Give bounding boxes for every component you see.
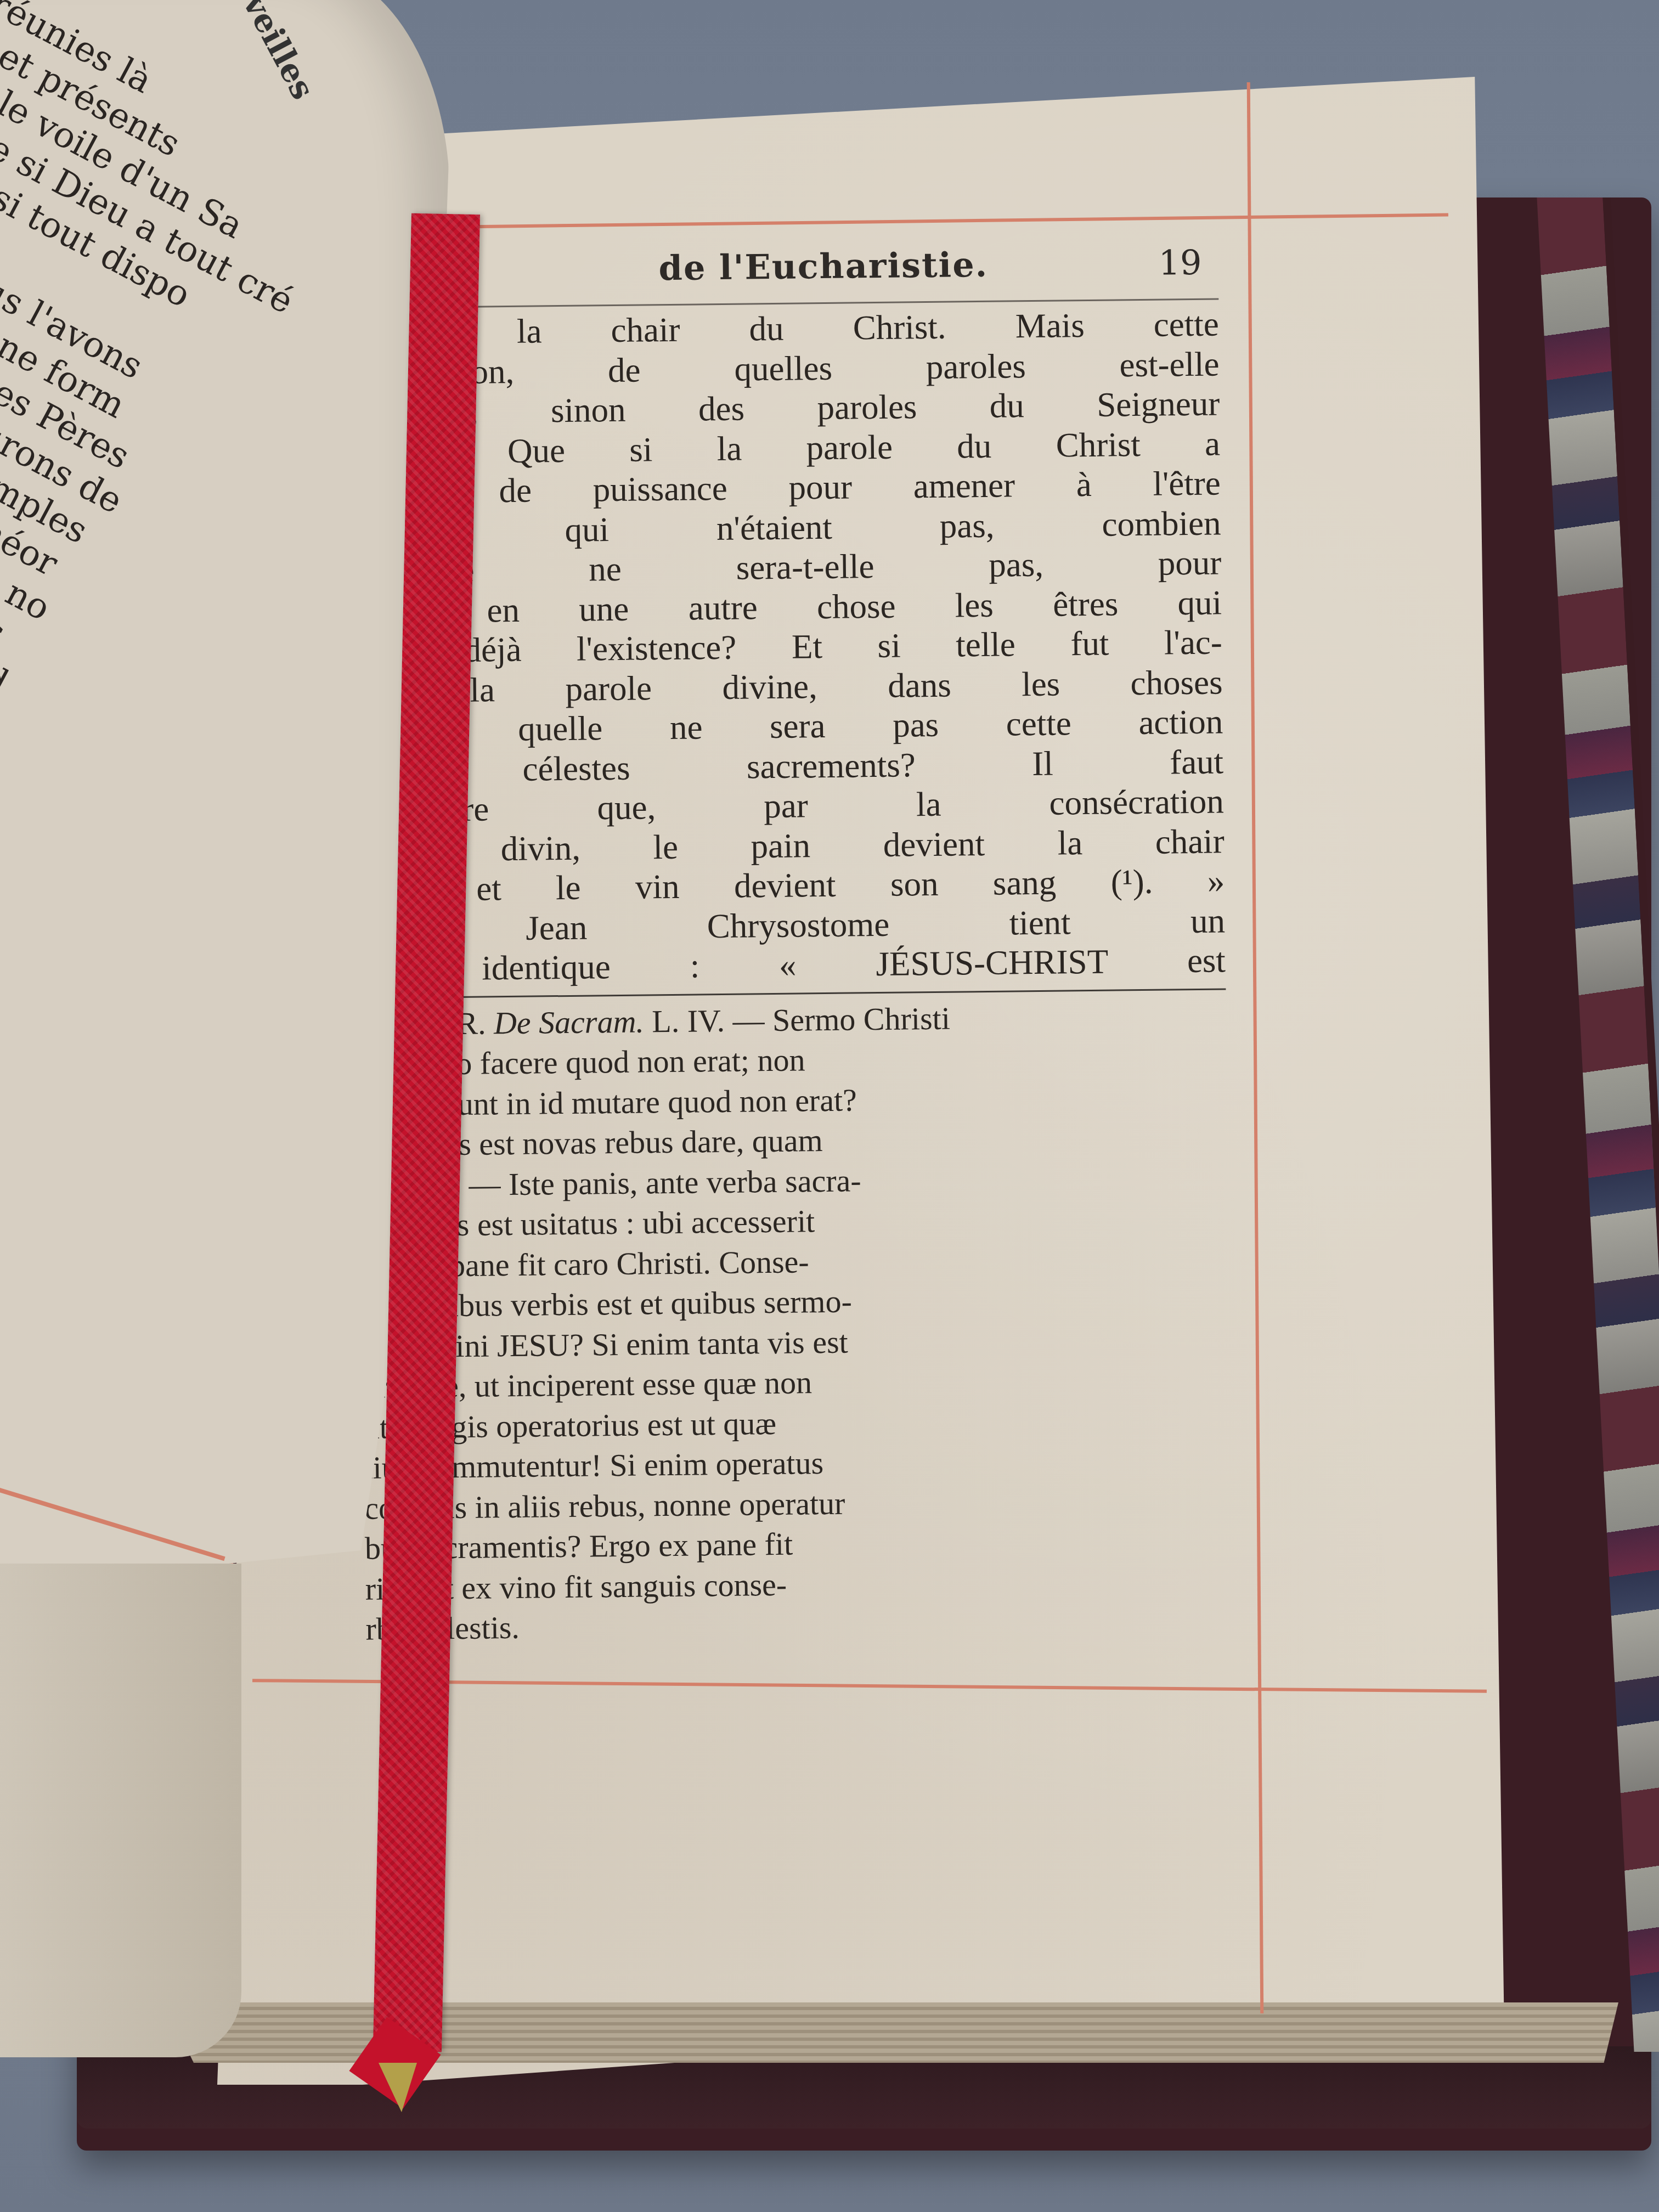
footnote: 1 MBR. De Sacram. L. IV. — Sermo Christi… bbox=[359, 995, 1233, 1649]
right-page-text: de l'Eucharistie. 19 evient la chair du … bbox=[351, 227, 1233, 1649]
footnote-source-ref: L. IV. — bbox=[652, 1002, 765, 1039]
page-number: 19 bbox=[1158, 227, 1202, 299]
footnote-source-title: De Sacram. bbox=[494, 1003, 645, 1041]
text-line: ge identique : « JÉSUS-CHRIST est bbox=[370, 940, 1226, 989]
left-running-title: veilles bbox=[236, 0, 322, 105]
left-page-curl bbox=[0, 1564, 241, 2057]
book-photo: de l'Eucharistie. 19 evient la chair du … bbox=[0, 0, 1659, 2212]
left-page-text: eur, réunies là divin, et présents is so… bbox=[0, 0, 370, 1348]
body-text: evient la chair du Christ. Mais cette ns… bbox=[352, 304, 1226, 989]
running-title: de l'Eucharistie. bbox=[658, 229, 989, 304]
footnote-text: Sermo Christi bbox=[772, 1000, 951, 1037]
running-head: de l'Eucharistie. 19 bbox=[351, 227, 1218, 307]
